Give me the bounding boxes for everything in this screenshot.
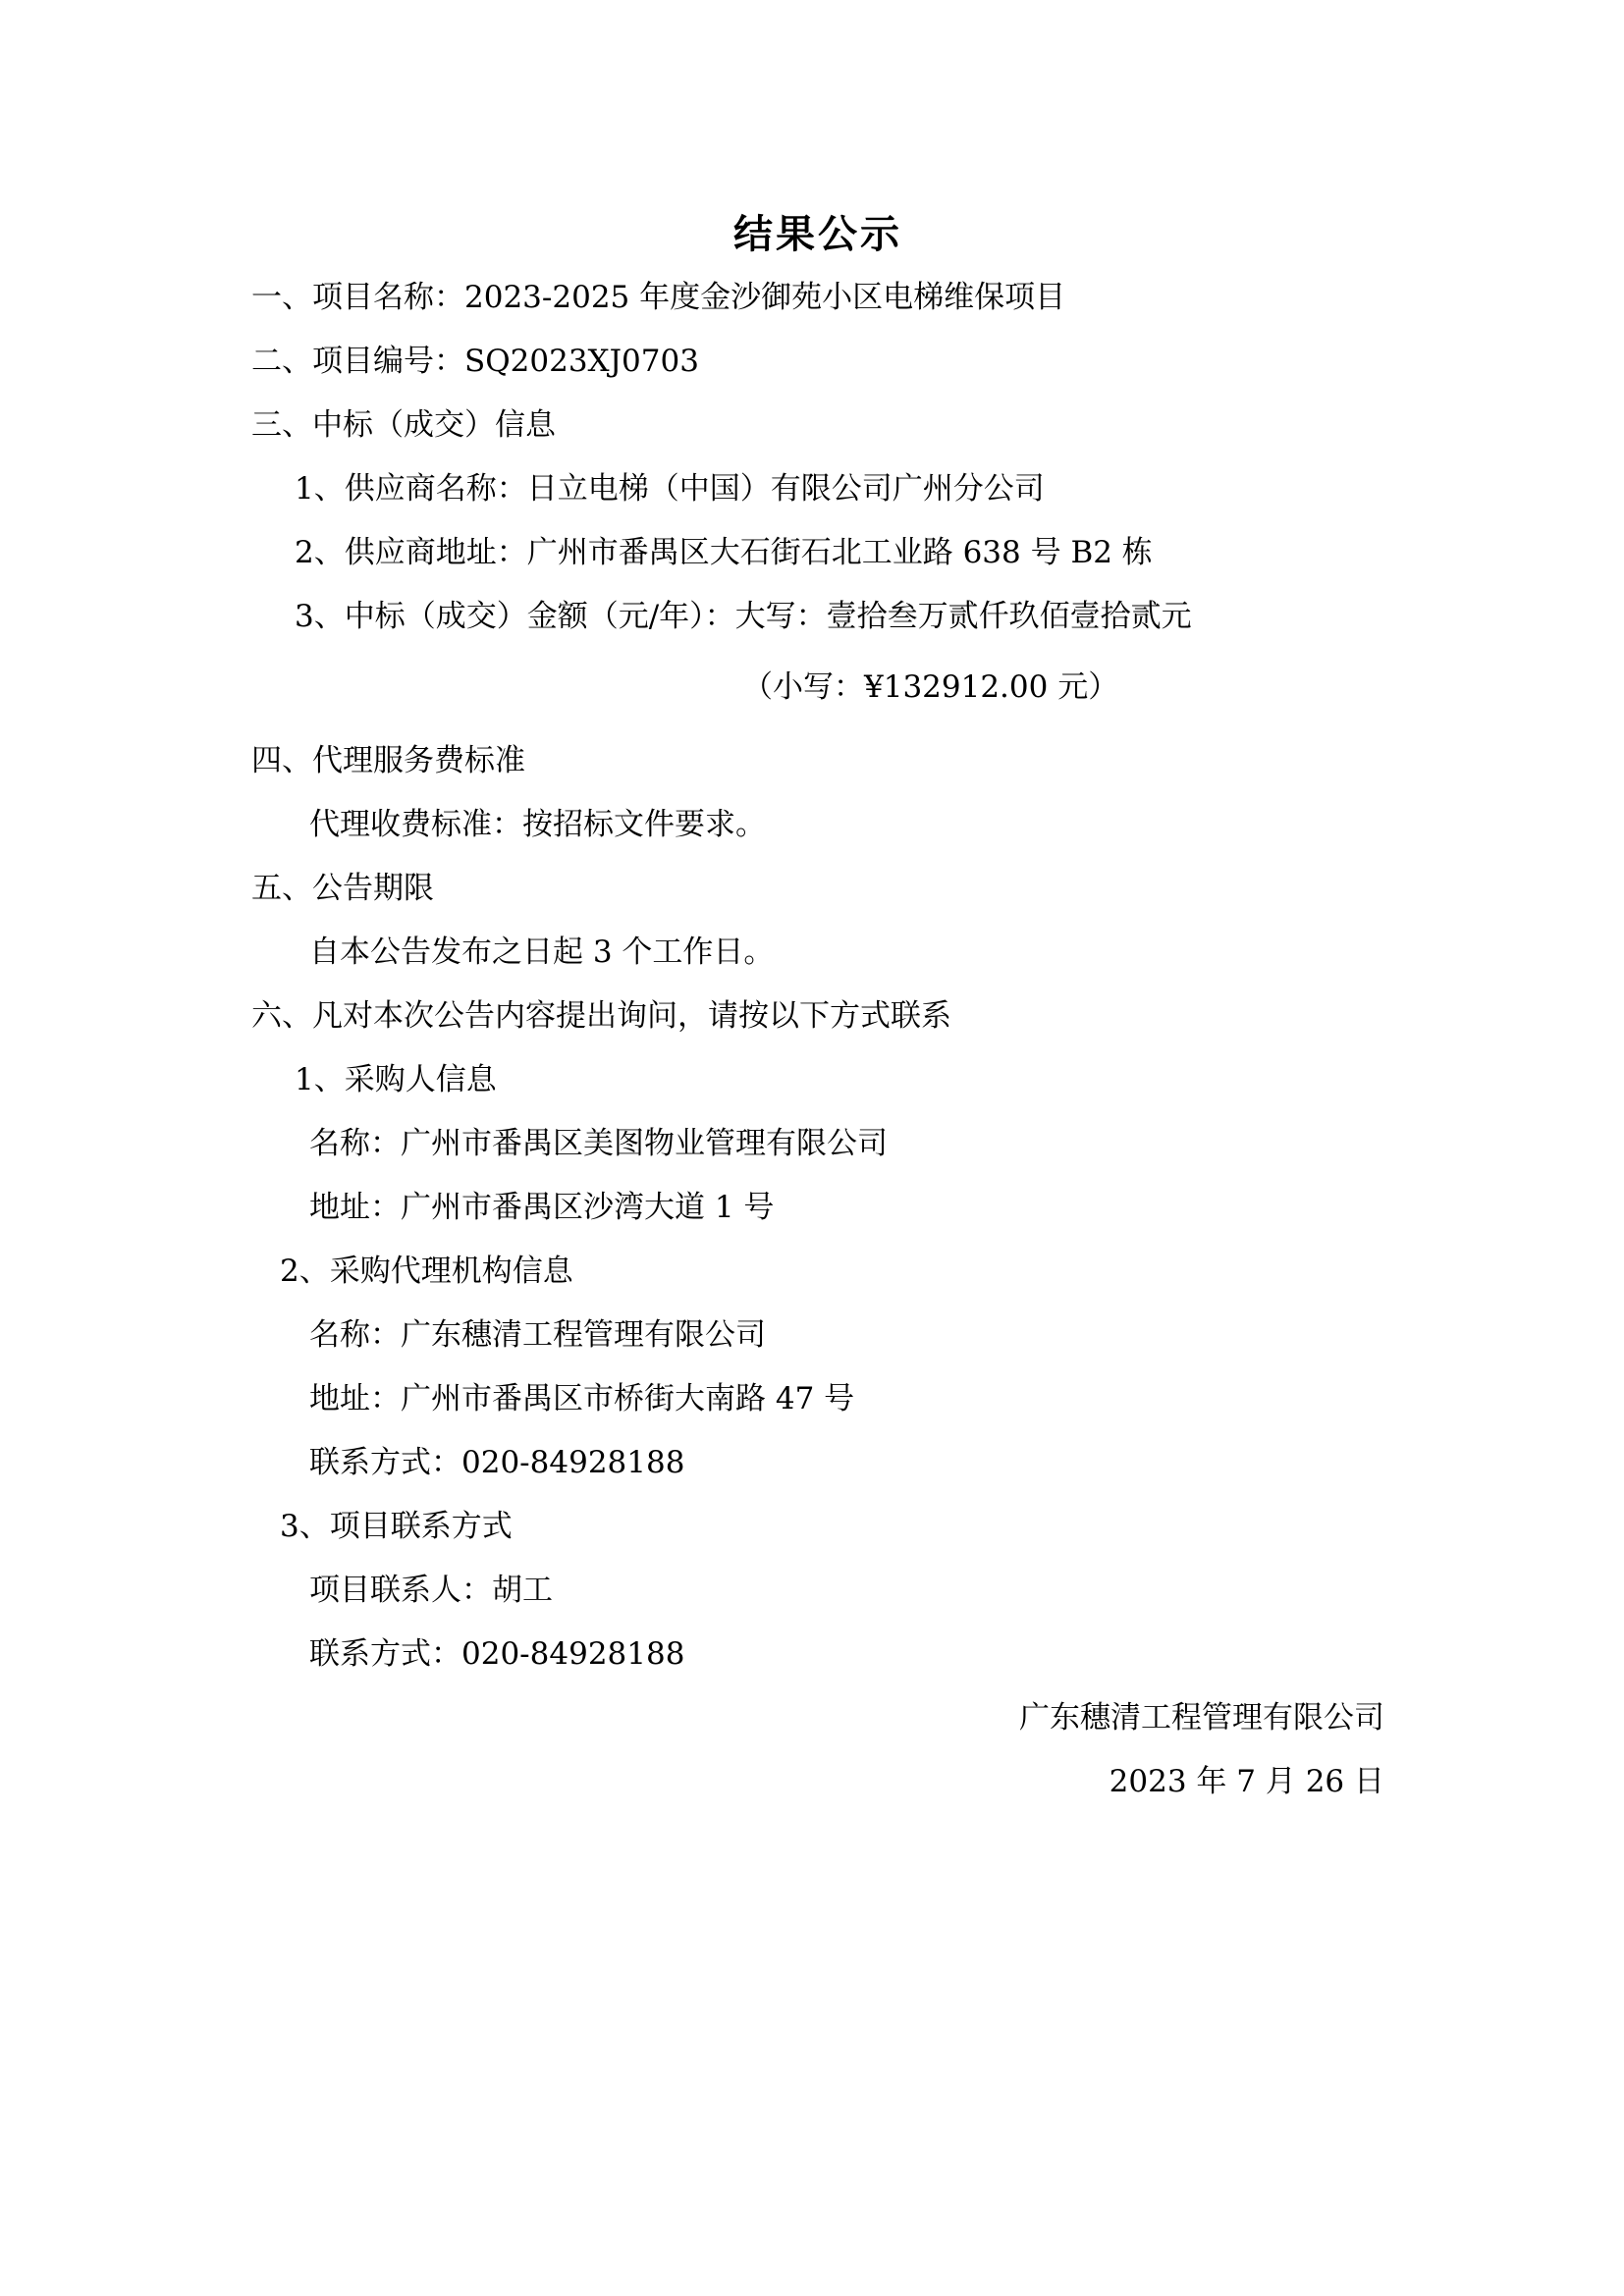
project-contact-heading: 3、项目联系方式 [280,1495,1384,1559]
project-name-line: 一、项目名称：2023-2025 年度金沙御苑小区电梯维保项目 [251,266,1384,330]
agency-fee-heading: 四、代理服务费标准 [251,729,1384,793]
page-title: 结果公示 [251,202,1384,266]
agency-name-line: 名称：广东穗清工程管理有限公司 [309,1304,1384,1367]
project-contact-person-line: 项目联系人：胡工 [309,1559,1384,1623]
signature-date-line: 2023 年 7 月 26 日 [251,1750,1384,1814]
agency-address-line: 地址：广州市番禺区市桥街大南路 47 号 [309,1367,1384,1431]
award-info-heading: 三、中标（成交）信息 [251,394,1384,457]
contact-section-heading: 六、凡对本次公告内容提出询问，请按以下方式联系 [251,985,1384,1048]
project-number-line: 二、项目编号：SQ2023XJ0703 [251,330,1384,394]
notice-period-detail-line: 自本公告发布之日起 3 个工作日。 [309,921,1384,985]
notice-period-heading: 五、公告期限 [251,857,1384,921]
award-amount-words-line: 3、中标（成交）金额（元/年）：大写：壹拾叁万贰仟玖佰壹拾贰元 [295,585,1384,649]
award-amount-figures-line: （小写：¥132912.00 元） [742,656,1384,720]
purchaser-address-line: 地址：广州市番禺区沙湾大道 1 号 [309,1176,1384,1240]
agency-info-heading: 2、采购代理机构信息 [280,1240,1384,1304]
purchaser-name-line: 名称：广州市番禺区美图物业管理有限公司 [309,1112,1384,1176]
project-contact-phone-line: 联系方式：020-84928188 [309,1623,1384,1686]
supplier-name-line: 1、供应商名称：日立电梯（中国）有限公司广州分公司 [295,457,1384,521]
agency-phone-line: 联系方式：020-84928188 [309,1431,1384,1495]
signature-company-line: 广东穗清工程管理有限公司 [251,1686,1384,1750]
supplier-address-line: 2、供应商地址：广州市番禺区大石街石北工业路 638 号 B2 栋 [295,521,1384,585]
agency-fee-detail-line: 代理收费标准：按招标文件要求。 [309,793,1384,857]
purchaser-info-heading: 1、采购人信息 [295,1048,1384,1112]
document-page: 结果公示 一、项目名称：2023-2025 年度金沙御苑小区电梯维保项目 二、项… [0,0,1624,2296]
